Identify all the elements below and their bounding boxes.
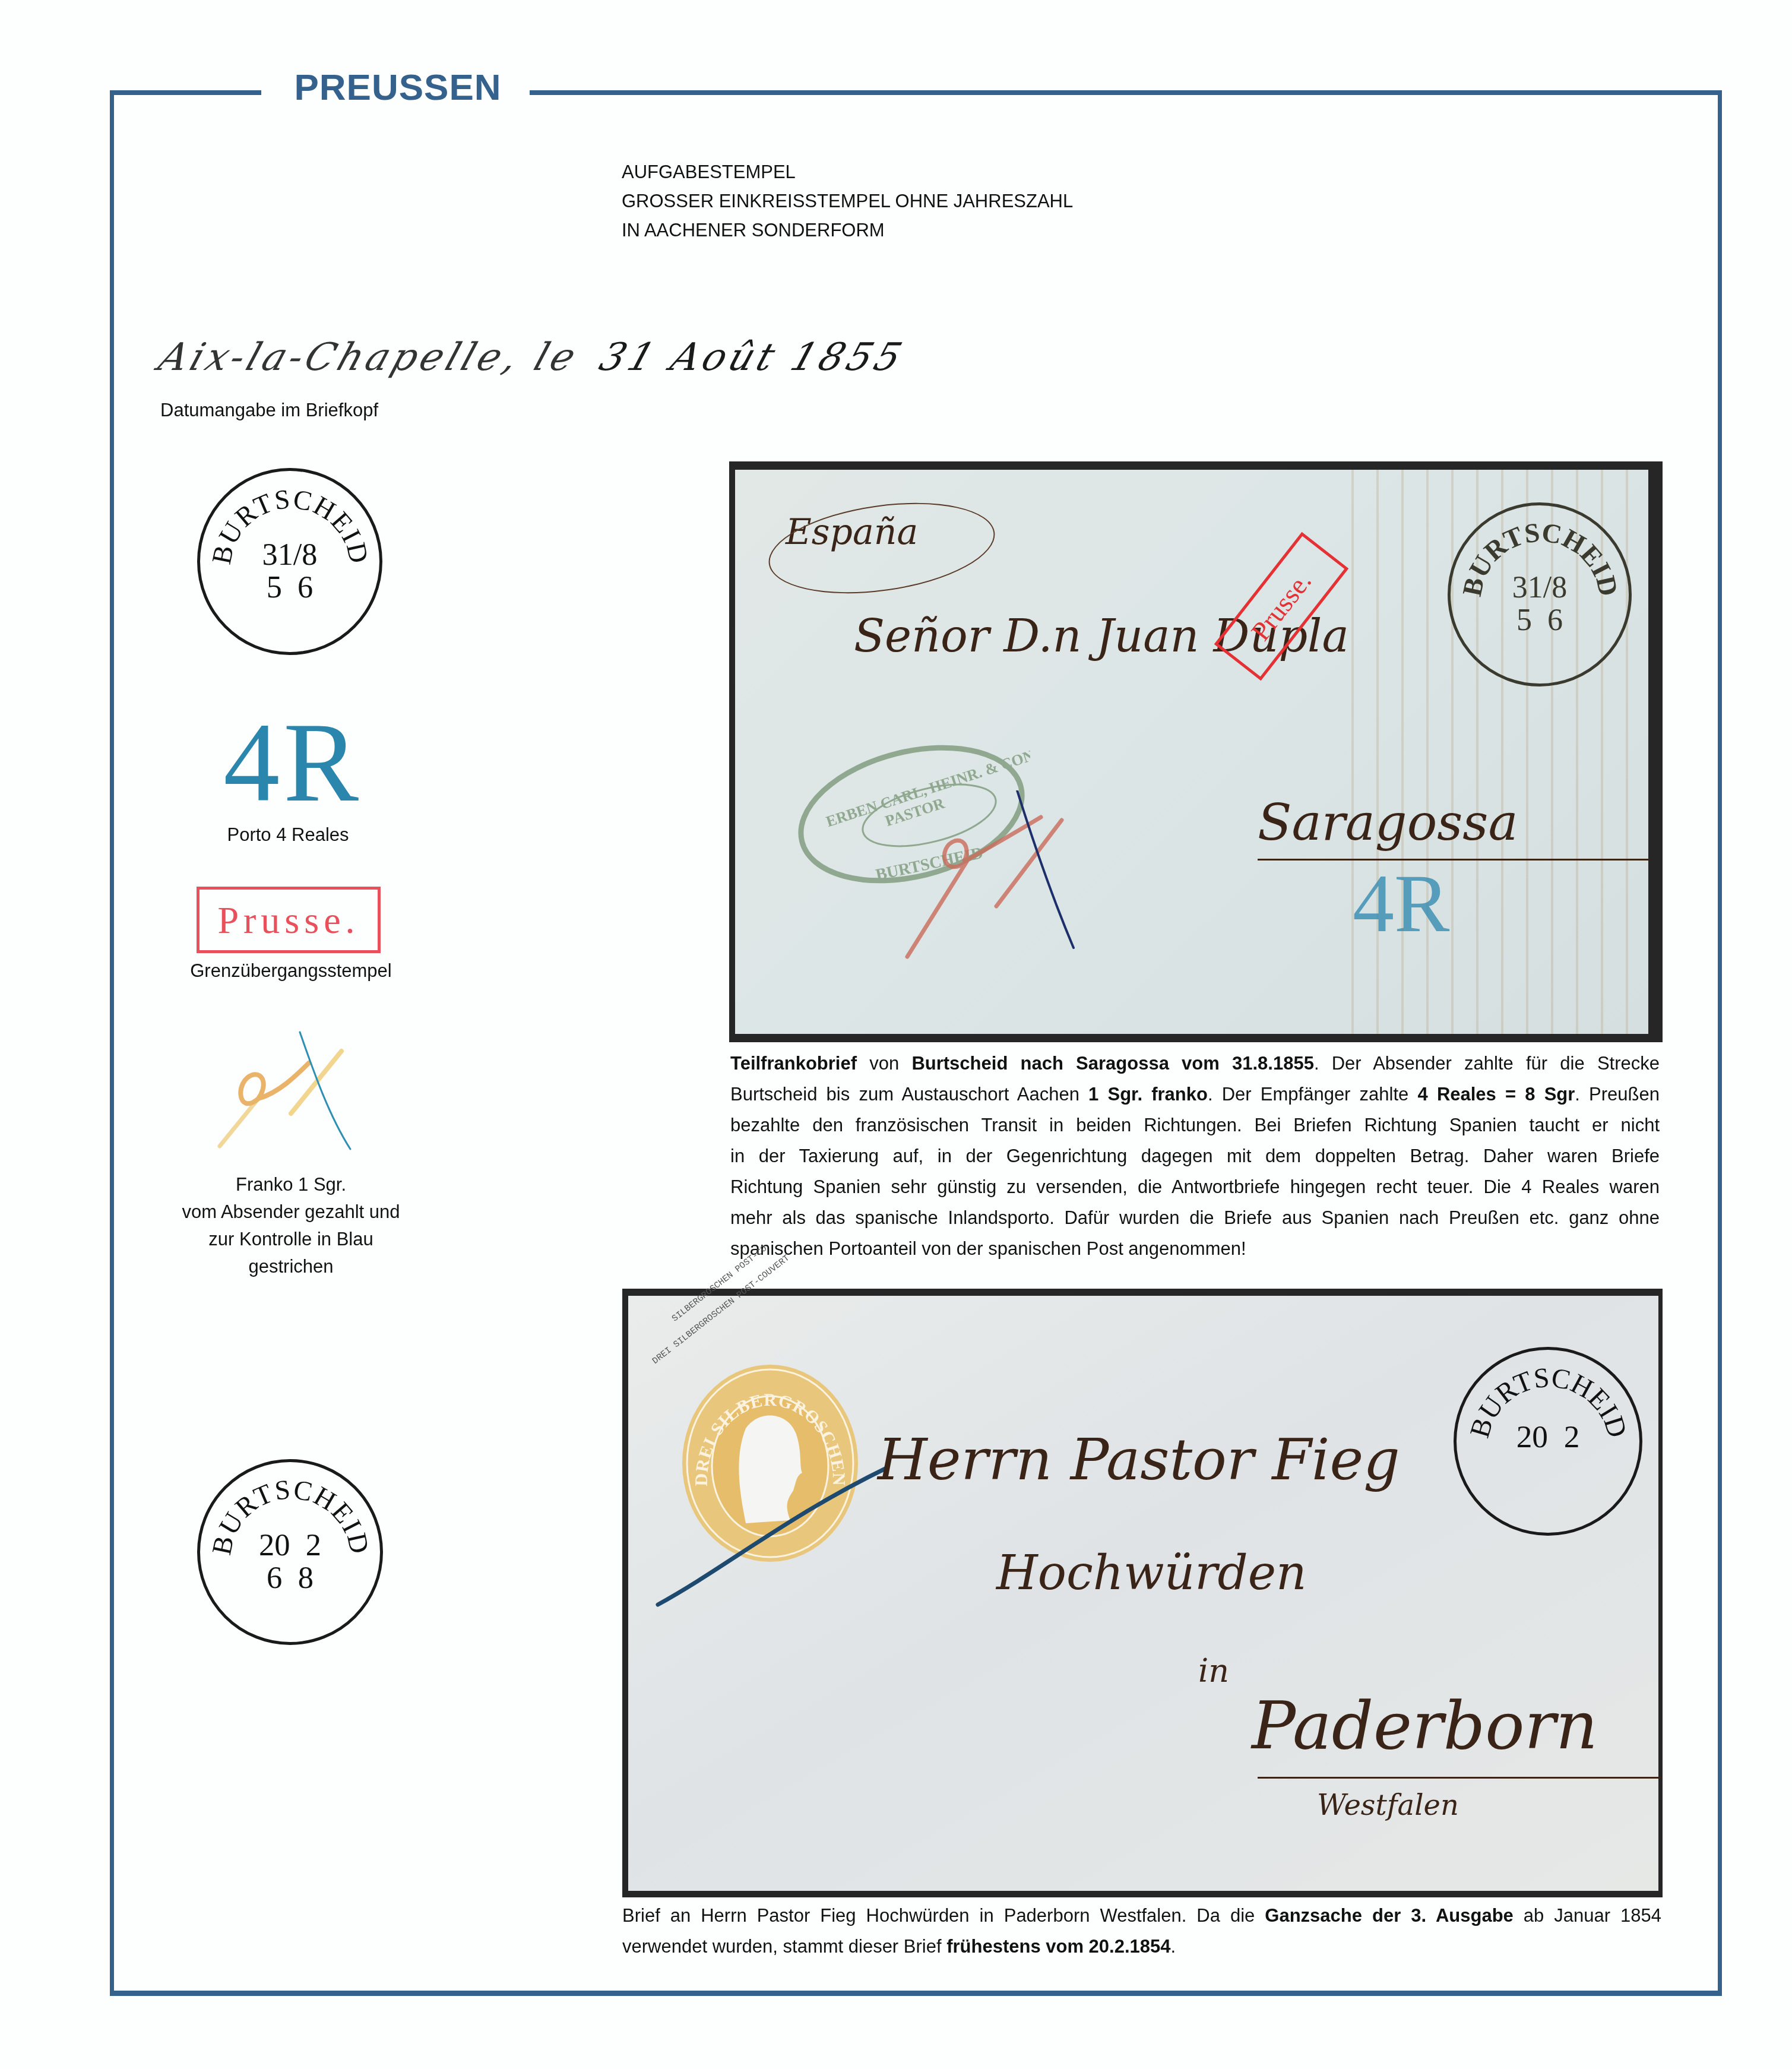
postmark-time: 5 6 — [1516, 603, 1563, 637]
cover-1-postmark: BURTSCHEID 31/8 5 6 — [1448, 502, 1632, 686]
postmark-time: 6 8 — [267, 1561, 314, 1595]
prusse-border-stamp: Prusse. — [197, 887, 381, 953]
caption-line: mehr als das spanische Inlandsporto. Daf… — [730, 1203, 1660, 1233]
postmark-icon: BURTSCHEID 31/8 5 6 — [200, 471, 379, 652]
cover-2-address-name: Herrn Pastor Fieg — [878, 1426, 1400, 1493]
postmark-date: 20 2 — [259, 1528, 321, 1562]
frame-left-line — [110, 90, 114, 1995]
porto-4r-mark: 4R — [219, 707, 367, 820]
cover-2-address-in: in — [1198, 1652, 1229, 1690]
cover-1-paper: España Señor D.n Juan Dupla Saragossa Pr… — [735, 470, 1648, 1034]
caption-line: Brief an Herrn Pastor Fieg Hochwürden in… — [622, 1900, 1661, 1931]
caption-line: Burtscheid bis zum Austauschort Aachen 1… — [730, 1079, 1660, 1110]
caption-line: spanischen Portoanteil von der spanische… — [730, 1233, 1660, 1264]
cover-2-address-region: Westfalen — [1317, 1789, 1459, 1822]
frame-right-line — [1718, 90, 1722, 1995]
cover-1-address-city: Saragossa — [1258, 793, 1518, 852]
letterhead-place: Aix-la-Chapelle, le — [153, 336, 585, 379]
postmark-icon: BURTSCHEID 20 2 — [1457, 1350, 1639, 1533]
caption-text: in der Taxierung auf, in der Gegenrichtu… — [730, 1146, 1660, 1166]
cover-1-4r-mark: 4R — [1353, 856, 1449, 951]
postmark-date: 31/8 — [262, 537, 317, 572]
prusse-caption: Grenzübergangsstempel — [160, 957, 422, 985]
caption-text: Richtung Spanien sehr günstig zu versend… — [730, 1176, 1660, 1197]
caption-line: Teilfrankobrief von Burtscheid nach Sara… — [730, 1048, 1660, 1079]
porto-caption: Porto 4 Reales — [196, 821, 380, 849]
caption-text: . — [1171, 1936, 1176, 1957]
letterhead-date-script: Aix-la-Chapelle, le31 Août 1855 — [153, 336, 910, 379]
franko-caption-line: vom Absender gezahlt und — [148, 1198, 433, 1226]
caption-emphasis: 1 Sgr. franko — [1088, 1084, 1208, 1105]
caption-emphasis: 4 Reales = 8 Sgr — [1417, 1084, 1575, 1105]
cover-2-caption: Brief an Herrn Pastor Fieg Hochwürden in… — [622, 1900, 1661, 1962]
caption-text: mehr als das spanische Inlandsporto. Daf… — [730, 1207, 1660, 1228]
caption-emphasis: Ganzsache der 3. Ausgabe — [1265, 1905, 1514, 1926]
caption-text: . Der Empfänger zahlte — [1208, 1084, 1418, 1105]
caption-text: . Der Absender zahlte für die Strecke — [1314, 1053, 1660, 1074]
postmark-icon: BURTSCHEID 20 2 6 8 — [200, 1462, 380, 1642]
page-title: PREUSSEN — [279, 67, 517, 109]
caption-text: bezahlte den französischen Transit in be… — [730, 1115, 1660, 1135]
cover-1-franko-mark-icon — [884, 790, 1097, 969]
cover-2-address-title: Hochwürden — [996, 1545, 1307, 1600]
caption-line: bezahlte den französischen Transit in be… — [730, 1110, 1660, 1141]
heading-line: IN AACHENER SONDERFORM — [622, 216, 1073, 245]
caption-text: von — [857, 1053, 911, 1074]
franko-1-sgr-mark-icon — [202, 1027, 362, 1158]
caption-emphasis: Burtscheid nach Saragossa vom 31.8.1855 — [911, 1053, 1314, 1074]
franko-caption-line: Franko 1 Sgr. — [148, 1171, 433, 1198]
frame-top-line-right — [530, 90, 1722, 95]
heading-line: GROSSER EINKREISSTEMPEL OHNE JAHRESZAHL — [622, 186, 1073, 216]
postmark-burtscheid-31-8: BURTSCHEID 31/8 5 6 — [197, 468, 382, 655]
cover-1-caption: Teilfrankobrief von Burtscheid nach Sara… — [730, 1048, 1660, 1264]
postmark-date: 31/8 — [1512, 571, 1567, 605]
franko-caption: Franko 1 Sgr. vom Absender gezahlt und z… — [148, 1171, 433, 1280]
cover-2-imprint: SILBERGROSCHEN POST-CO DREI SILBERGROSCH… — [634, 1232, 795, 1371]
caption-line: Richtung Spanien sehr günstig zu versend… — [730, 1172, 1660, 1203]
city-underline — [1258, 1777, 1661, 1779]
cover-2-postmark: BURTSCHEID 20 2 — [1454, 1347, 1642, 1536]
cover-2-address-city: Paderborn — [1252, 1688, 1598, 1764]
caption-text: ab Januar 1854 — [1514, 1905, 1661, 1926]
letterhead-date: 31 Août 1855 — [594, 336, 911, 379]
heading-line: AUFGABESTEMPEL — [622, 157, 1073, 186]
caption-emphasis: frühestens vom 20.2.1854 — [946, 1936, 1170, 1957]
caption-emphasis: Teilfrankobrief — [730, 1053, 857, 1074]
cover-2-mount: SILBERGROSCHEN POST-CO DREI SILBERGROSCH… — [622, 1289, 1663, 1897]
caption-text: . Preußen — [1575, 1084, 1660, 1105]
frame-bottom-line — [110, 1991, 1722, 1996]
franko-caption-line: zur Kontrolle in Blau — [148, 1226, 433, 1253]
routing-flourish — [763, 490, 1001, 606]
caption-text: verwendet wurden, stammt dieser Brief — [622, 1936, 946, 1957]
cover-2-blue-strike-icon — [652, 1456, 889, 1611]
caption-line: verwendet wurden, stammt dieser Brief fr… — [622, 1931, 1661, 1962]
caption-line: in der Taxierung auf, in der Gegenrichtu… — [730, 1141, 1660, 1172]
cover-2-paper: SILBERGROSCHEN POST-CO DREI SILBERGROSCH… — [628, 1296, 1658, 1891]
postmark-burtscheid-20-2: BURTSCHEID 20 2 6 8 — [197, 1459, 383, 1645]
franko-caption-line: gestrichen — [148, 1253, 433, 1280]
section-heading: AUFGABESTEMPEL GROSSER EINKREISSTEMPEL O… — [622, 157, 1073, 245]
postmark-icon: BURTSCHEID 31/8 5 6 — [1451, 505, 1629, 684]
frame-top-line-left — [110, 90, 261, 95]
postmark-date: 20 2 — [1516, 1419, 1580, 1454]
city-underline — [1258, 859, 1649, 860]
caption-text: spanischen Portoanteil von der spanische… — [730, 1238, 1246, 1259]
postmark-time: 5 6 — [267, 570, 314, 605]
cover-1-mount: España Señor D.n Juan Dupla Saragossa Pr… — [729, 461, 1663, 1042]
caption-text: Burtscheid bis zum Austauschort Aachen — [730, 1084, 1088, 1105]
caption-text: Brief an Herrn Pastor Fieg Hochwürden in… — [622, 1905, 1265, 1926]
datum-caption: Datumangabe im Briefkopf — [160, 397, 378, 424]
